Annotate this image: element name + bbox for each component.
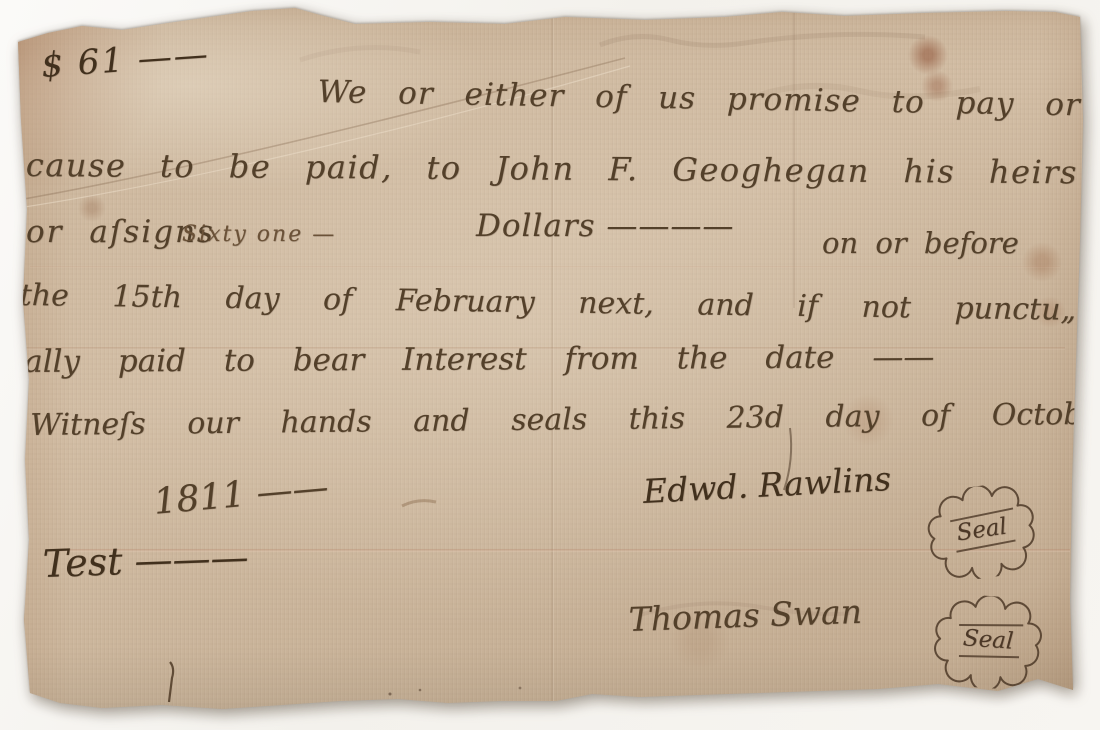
note-line-1: We or either of us promise to pay or: [317, 74, 1081, 123]
seal-edward-rawlins: Seal: [916, 478, 1048, 586]
seal-thomas-swan: Seal: [925, 592, 1051, 692]
amount-notation: $ 61 ——: [40, 34, 211, 86]
year-notation: 1811 ——: [152, 467, 330, 523]
note-line-3-dollars: Dollars ————: [476, 208, 734, 244]
note-line-4: the 15th day of February next, and if no…: [20, 278, 1077, 328]
scanned-document: { "document": { "kind": "handwritten pro…: [0, 0, 1100, 730]
signature-thomas-swan: Thomas Swan: [628, 592, 863, 639]
note-line-6: Witneſs our hands and seals this 23d day…: [30, 397, 1100, 443]
horizontal-fold-crease-upper: [30, 266, 1060, 268]
note-line-5: „ally paid to bear Interest from the dat…: [8, 339, 934, 380]
test-attestation-label: Test ———: [42, 535, 249, 586]
note-line-2: cause to be paid, to John F. Geoghegan h…: [26, 146, 1078, 191]
note-line-3-amount-words: Sixty one —: [182, 222, 336, 247]
paper-shadow-wrap: $ 61 —— We or either of us promise to pa…: [0, 0, 1100, 730]
note-paper: $ 61 —— We or either of us promise to pa…: [0, 0, 1100, 730]
signature-edward-rawlins: Edwd. Rawlins: [642, 459, 892, 511]
note-line-3-terms: on or before: [822, 226, 1019, 260]
